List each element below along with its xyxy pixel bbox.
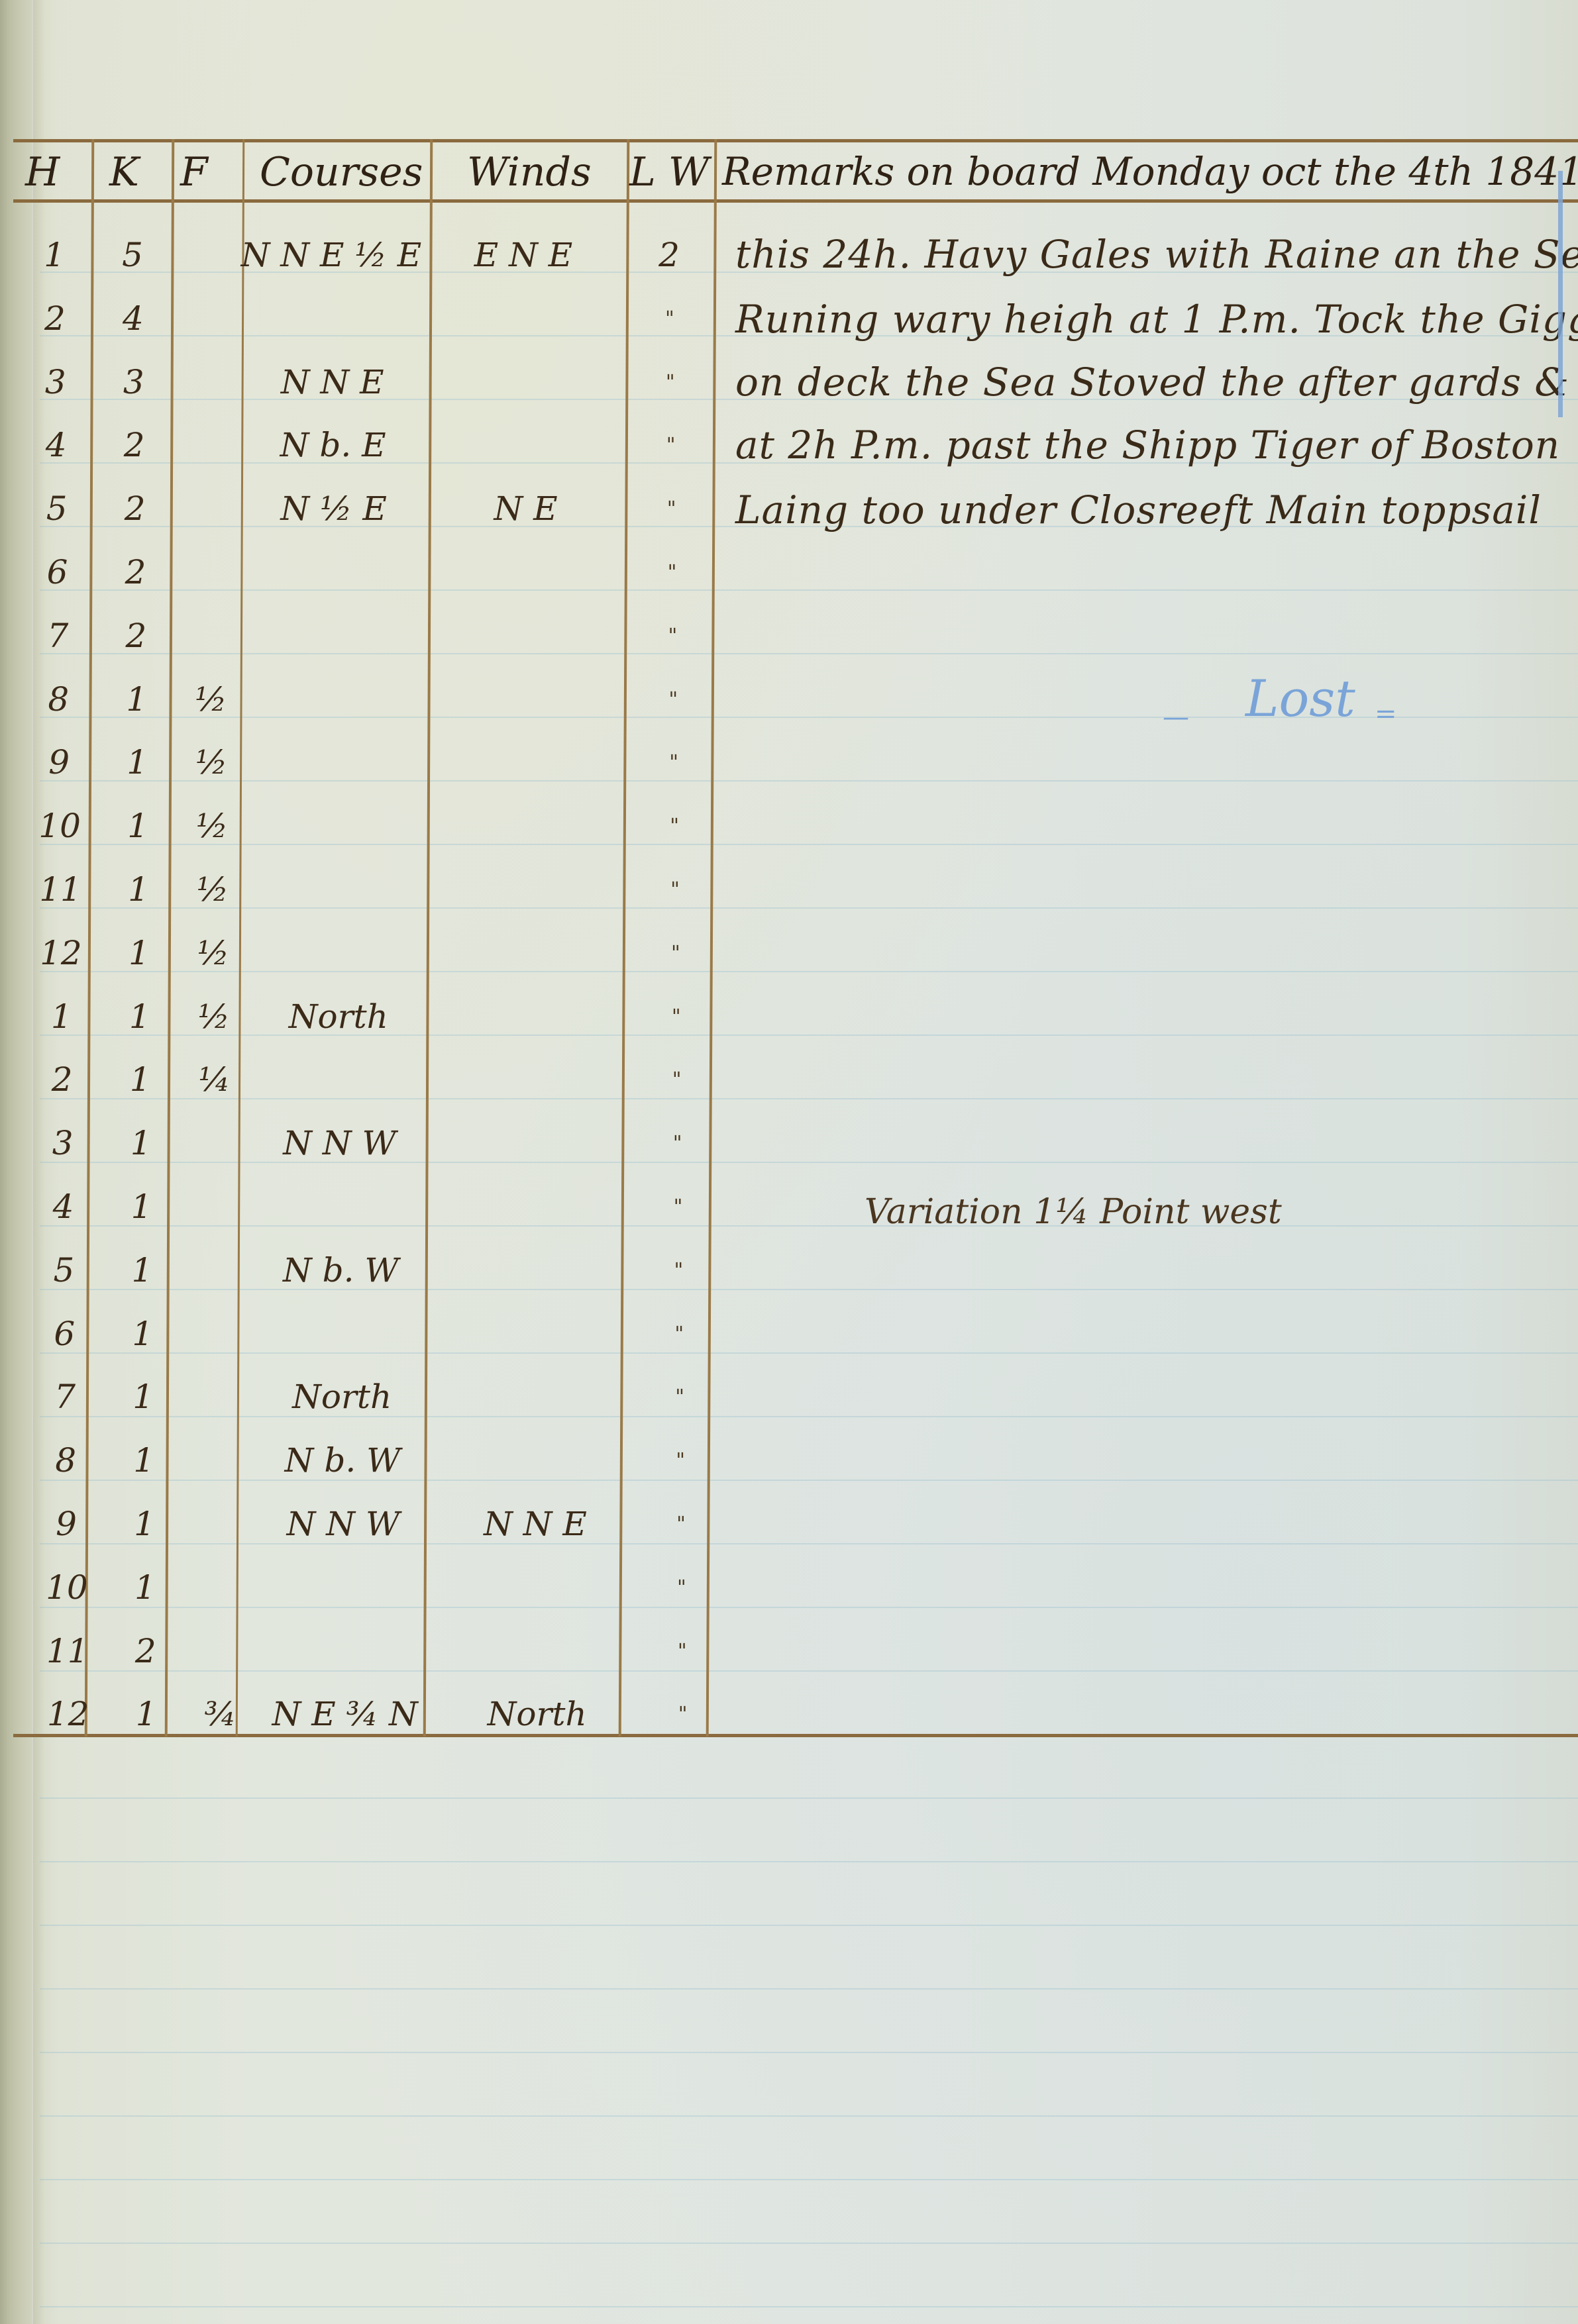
column-divider-winds-lw [619, 139, 630, 1737]
cell-hour: 1 [51, 997, 72, 1036]
cell-leeway: " [676, 1449, 685, 1472]
cell-leeway: " [675, 1386, 684, 1409]
cell-hour: 12 [40, 934, 82, 972]
variation-note: Variation 1¼ Point west [865, 1192, 1282, 1232]
cell-knots: 1 [127, 807, 148, 845]
cell-course: N N E ½ E [241, 236, 422, 274]
cell-hour: 7 [54, 1378, 76, 1416]
cell-knots: 1 [132, 1315, 153, 1353]
cell-leeway: " [669, 751, 678, 774]
cell-knots: 1 [127, 743, 148, 782]
cell-fathoms: ½ [196, 807, 228, 845]
ruled-line [40, 1988, 1578, 1990]
ruled-line [40, 2115, 1578, 2117]
cell-course: N b. W [285, 1441, 401, 1480]
cell-hour: 3 [45, 363, 66, 401]
cell-hour: 2 [44, 299, 66, 338]
cell-leeway: " [668, 561, 677, 584]
ruled-line [40, 1352, 1578, 1354]
cell-knots: 2 [124, 426, 145, 464]
ruled-line [40, 2052, 1578, 2053]
cell-hour: 9 [56, 1505, 77, 1543]
cell-hour: 9 [48, 743, 70, 782]
cell-fathoms: ¾ [204, 1695, 236, 1733]
cell-leeway: " [673, 1132, 682, 1155]
cell-wind: North [488, 1695, 587, 1733]
ruled-line [40, 1162, 1578, 1163]
ruled-line [40, 1670, 1578, 1672]
cell-fathoms: ½ [195, 680, 227, 719]
cell-hour: 5 [46, 489, 68, 528]
cell-hour: 3 [52, 1124, 74, 1162]
cell-knots: 1 [126, 680, 147, 719]
ruled-line [40, 653, 1578, 654]
cell-knots: 2 [125, 553, 146, 591]
cell-leeway: " [674, 1195, 683, 1219]
cell-knots: 1 [130, 1060, 151, 1099]
cell-knots: 1 [134, 1568, 156, 1607]
cell-hour: 6 [54, 1315, 75, 1353]
header-rule [13, 199, 1578, 203]
page-binding-edge [0, 0, 33, 2324]
ruled-line [40, 971, 1578, 972]
cell-knots: 1 [129, 934, 150, 972]
cell-hour: 7 [47, 617, 68, 655]
table-bottom-rule [13, 1734, 1578, 1737]
cell-hour: 4 [53, 1187, 74, 1226]
cell-knots: 5 [122, 236, 143, 274]
cell-fathoms: ¼ [198, 1060, 230, 1099]
column-divider-lw-remarks [706, 139, 717, 1737]
ruled-line [40, 1925, 1578, 1926]
cell-leeway: " [678, 1703, 688, 1726]
pencil-dash-left: — [1163, 702, 1189, 733]
column-divider-courses-winds [423, 139, 433, 1737]
ruled-line [40, 2306, 1578, 2307]
header-knots: K [109, 149, 139, 195]
cell-course: N ½ E [280, 489, 387, 528]
blue-pencil-margin-line [1558, 171, 1563, 417]
cell-course: N E ¾ N [272, 1695, 418, 1733]
cell-leeway: " [678, 1639, 687, 1662]
cell-knots: 1 [131, 1124, 152, 1162]
cell-leeway: " [670, 815, 679, 838]
cell-leeway: " [676, 1513, 686, 1536]
cell-course: North [289, 997, 388, 1036]
remark-line-4: at 2h P.m. past the Shipp Tiger of Bosto… [735, 423, 1560, 468]
cell-leeway: " [674, 1322, 684, 1345]
cell-hour: 10 [46, 1568, 88, 1607]
cell-knots: 1 [128, 870, 149, 909]
ruled-line [40, 2179, 1578, 2180]
cell-hour: 8 [48, 680, 69, 719]
cell-knots: 1 [131, 1251, 152, 1289]
ruled-line [40, 1607, 1578, 1608]
remark-line-2: Runing wary heigh at 1 P.m. Tock the Gig… [735, 297, 1578, 342]
cell-hour: 6 [47, 553, 68, 591]
cell-wind: E N E [474, 236, 573, 274]
column-divider-k-f [165, 139, 175, 1737]
cell-knots: 4 [123, 299, 144, 338]
cell-hour: 11 [39, 870, 81, 909]
cell-knots: 1 [131, 1187, 152, 1226]
cell-leeway: 2 [658, 236, 680, 274]
cell-leeway: " [670, 878, 680, 901]
cell-course: N b. W [283, 1251, 399, 1289]
cell-knots: 1 [132, 1378, 154, 1416]
cell-fathoms: ½ [197, 870, 229, 909]
cell-course: North [292, 1378, 392, 1416]
table-top-rule [13, 139, 1578, 142]
ruled-line [40, 1035, 1578, 1036]
cell-course: N b. E [280, 426, 386, 464]
cell-course: N N W [287, 1505, 400, 1543]
column-divider-h-k [85, 139, 95, 1737]
header-remarks: Remarks on board Monday oct the 4th 1841 [722, 149, 1578, 194]
ruled-line [40, 1225, 1578, 1227]
remark-line-1: this 24h. Havy Gales with Raine an the S… [735, 232, 1578, 277]
header-courses: Courses [260, 149, 423, 195]
cell-hour: 10 [38, 807, 81, 845]
ruled-line [40, 589, 1578, 591]
ruled-line [40, 780, 1578, 782]
cell-hour: 1 [44, 236, 65, 274]
cell-fathoms: ½ [197, 934, 229, 972]
ruled-line [40, 1480, 1578, 1481]
cell-wind: N E [494, 489, 558, 528]
ruled-line [40, 1416, 1578, 1417]
header-hour: H [25, 149, 60, 195]
cell-hour: 8 [55, 1441, 76, 1480]
header-winds: Winds [467, 149, 592, 195]
cell-knots: 1 [134, 1505, 155, 1543]
header-leeway: L W [629, 149, 710, 195]
ruled-line [40, 844, 1578, 845]
cell-leeway: " [674, 1258, 683, 1282]
ruled-line [40, 2243, 1578, 2244]
cell-knots: 1 [133, 1441, 154, 1480]
cell-knots: 2 [135, 1632, 156, 1670]
ruled-line [40, 907, 1578, 909]
column-divider-f-courses [236, 139, 245, 1737]
cell-hour: 2 [52, 1060, 73, 1099]
cell-leeway: " [665, 307, 674, 330]
pencil-dash-right: = [1375, 699, 1397, 729]
cell-hour: 12 [47, 1695, 89, 1733]
cell-knots: 1 [129, 997, 150, 1036]
remark-line-3: on deck the Sea Stoved the after gards &… [735, 360, 1578, 405]
cell-leeway: " [672, 1068, 682, 1091]
cell-wind: N N E [484, 1505, 587, 1543]
cell-course: N N E [281, 363, 384, 401]
ruled-line [40, 1098, 1578, 1099]
remark-line-5: Laing too under Closreeft Main toppsail [735, 487, 1542, 532]
cell-hour: 4 [46, 426, 67, 464]
cell-leeway: " [672, 1005, 681, 1028]
cell-leeway: " [671, 941, 680, 964]
cell-leeway: " [668, 624, 677, 647]
cell-knots: 2 [125, 617, 146, 655]
cell-hour: 11 [46, 1632, 89, 1670]
cell-leeway: " [666, 434, 676, 457]
cell-fathoms: ½ [198, 997, 230, 1036]
cell-course: N N W [283, 1124, 396, 1162]
cell-fathoms: ½ [195, 743, 227, 782]
cell-leeway: " [677, 1576, 686, 1599]
cell-knots: 2 [125, 489, 146, 528]
cell-knots: 1 [136, 1695, 157, 1733]
pencil-note-lost: Lost [1245, 669, 1355, 728]
ruled-line [40, 1543, 1578, 1544]
cell-leeway: " [667, 497, 676, 521]
cell-hour: 5 [53, 1251, 74, 1289]
ruled-line [40, 1797, 1578, 1799]
cell-leeway: " [666, 370, 675, 393]
header-fathoms: F [180, 149, 208, 195]
ruled-line [40, 1861, 1578, 1862]
cell-knots: 3 [123, 363, 144, 401]
cell-leeway: " [668, 687, 678, 711]
ruled-line [40, 1289, 1578, 1290]
